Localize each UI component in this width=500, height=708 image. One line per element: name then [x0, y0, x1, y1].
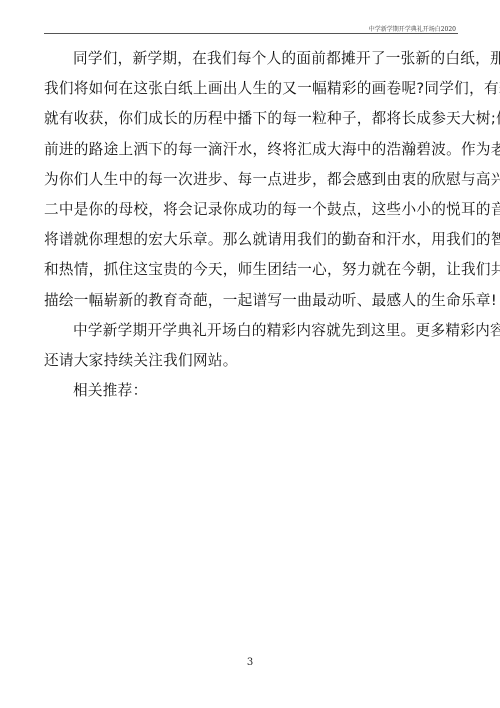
header-divider [44, 33, 458, 34]
text-line: 为你们人生中的每一次进步、每一点进步，都会感到由衷的欣慰与高兴。 [44, 165, 456, 195]
text-line: 将谱就你理想的宏大乐章。那么就请用我们的勤奋和汗水，用我们的智慧 [44, 225, 456, 255]
text-line: 前进的路途上洒下的每一滴汗水，终将汇成大海中的浩瀚碧波。作为老师， [44, 135, 456, 165]
text-line: 和热情，抓住这宝贵的今天，师生团结一心，努力就在今朝，让我们共同 [44, 255, 456, 285]
paragraph-related: 相关推荐： [44, 376, 456, 406]
paragraph-main: 同学们，新学期，在我们每个人的面前都摊开了一张新的白纸，那么 我们将如何在这张白… [44, 44, 456, 316]
text-line: 二中是你的母校，将会记录你成功的每一个鼓点，这些小小的悦耳的音符， [44, 195, 456, 225]
text-line: 就有收获，你们成长的历程中播下的每一粒种子，都将长成参天大树;你们 [44, 104, 456, 134]
paragraph-closing: 中学新学期开学典礼开场白的精彩内容就先到这里。更多精彩内容， 还请大家持续关注我… [44, 316, 456, 376]
document-body: 同学们，新学期，在我们每个人的面前都摊开了一张新的白纸，那么 我们将如何在这张白… [44, 44, 456, 406]
text-line: 中学新学期开学典礼开场白的精彩内容就先到这里。更多精彩内容， [44, 316, 456, 346]
page-header-title: 中学新学期开学典礼开场白2020 [369, 24, 456, 33]
text-line: 同学们，新学期，在我们每个人的面前都摊开了一张新的白纸，那么 [44, 44, 456, 74]
text-line: 还请大家持续关注我们网站。 [44, 346, 456, 376]
page-number: 3 [0, 657, 500, 668]
related-recommendations-label: 相关推荐： [44, 376, 456, 406]
text-line: 我们将如何在这张白纸上画出人生的又一幅精彩的画卷呢?同学们，有耕耘 [44, 74, 456, 104]
text-line: 描绘一幅崭新的教育奇葩，一起谱写一曲最动听、最感人的生命乐章! [44, 286, 456, 316]
